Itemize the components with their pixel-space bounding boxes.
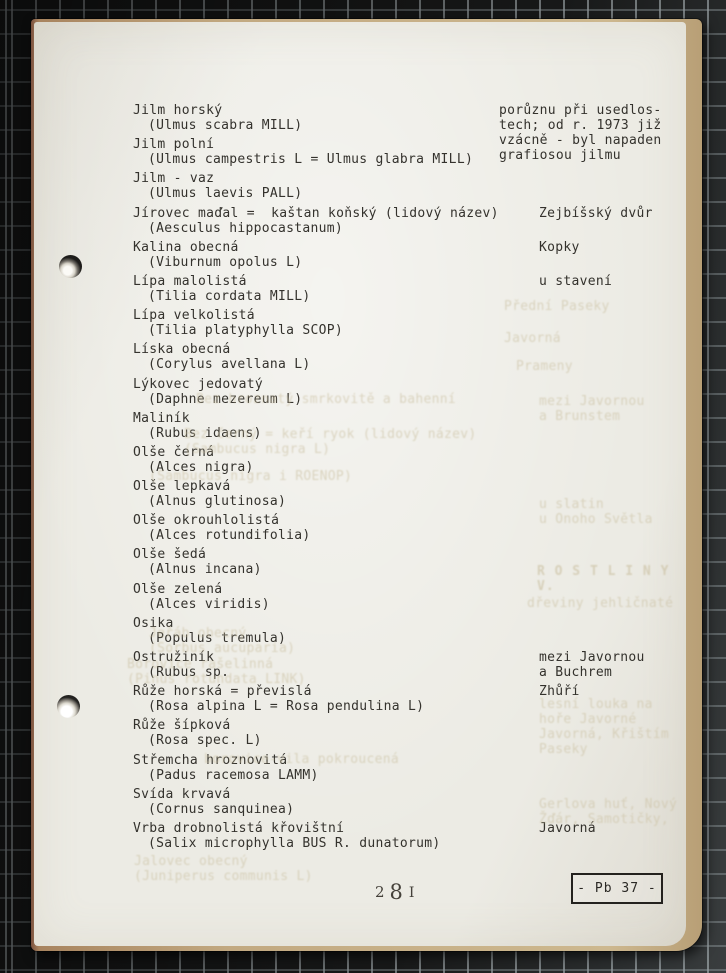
plant-czech-name: Líska obecná [133,342,689,357]
ghost-text: (Sambucus nigra i ROENOP) [149,469,352,484]
ghost-text: Bez černý = keří ryok (lidový název) (Sa… [184,427,477,457]
ghost-text: lesní louka na hoře Javorné [539,697,653,727]
ghost-text: Javorná [504,331,561,346]
plant-entry: Jilm horský (Ulmus scabra MILL) porůznu … [133,103,689,133]
plant-latin-name: (Aesculus hippocastanum) [133,221,689,236]
ghost-text: u slatin u Onoho Světla [539,497,653,527]
ghost-text: Prameny [516,359,573,374]
page-number-digit: 8 [390,880,403,904]
location-note: u stavení [539,274,704,289]
page-number: 28I [375,880,414,904]
ghost-text: Bez hroznatý smrkovitě a bahenní [196,392,456,407]
plant-latin-name: (Alces rotundifolia) [133,528,689,543]
ghost-text: Jalovec obecný (Juniperus communis L) [134,854,313,884]
ghost-text: dřeviny jehličnaté [527,596,673,611]
location-note: Zejbíšský dvůr [539,206,704,221]
plant-latin-name: (Corylus avellana L) [133,357,689,372]
plant-latin-name: (Salix microphylla BUS R. dunatorum) [133,836,689,851]
plant-latin-name: (Tilia platyphylla SCOP) [133,323,689,338]
plant-latin-name: (Ulmus laevis PALL) [133,186,689,201]
ghost-text: mezi Javornou a Brunstem [539,394,645,424]
plant-czech-name: Olše šedá [133,547,689,562]
page-number-digit: 2 [375,883,385,901]
location-note: mezi Javornou a Buchrem [539,650,704,680]
ghost-text: Přední Paseky [504,299,610,314]
archive-stamp: - Pb 37 - [571,873,663,904]
plant-latin-name: (Ulmus campestris L = Ulmus glabra MILL) [133,152,689,167]
ghost-text: Jeřáb obecný (Sorbus aucuparia) [149,626,295,656]
location-note: Kopky [539,240,704,255]
page-number-digit: I [409,885,415,901]
ghost-text: Gerlova huť, Nový Žďár, Samotičky, [539,797,677,827]
page-stack-edges: Jilm horský (Ulmus scabra MILL) porůznu … [31,19,702,951]
punch-hole-bottom [57,695,80,718]
ghost-text: Javorná, Křištím Paseky [539,727,669,757]
plant-entry: Kalina obecná (Viburnum opolus L) Kopky [133,240,689,270]
document-page: Jilm horský (Ulmus scabra MILL) porůznu … [34,22,686,946]
plant-latin-name: (Viburnum opolus L) [133,255,689,270]
plant-entry: Jilm polní (Ulmus campestris L = Ulmus g… [133,137,689,167]
plant-entry: Jilm - vaz (Ulmus laevis PALL) [133,171,689,201]
ghost-text: borovice-vila pokroucená [204,752,399,767]
plant-entry: Jírovec maďal = kaštan koňský (lidový ná… [133,206,689,236]
plant-latin-name: (Padus racemosa LAMM) [133,768,689,783]
ghost-text: Borovice rašelinná (Pinus rotundata LINK… [127,657,306,687]
plant-czech-name: Jilm - vaz [133,171,689,186]
checkered-mat-background: Jilm horský (Ulmus scabra MILL) porůznu … [0,0,726,973]
plant-czech-name: Jilm polní [133,137,689,152]
plant-entry: Líska obecná (Corylus avellana L) [133,342,689,372]
punch-hole-top [59,255,82,278]
plant-czech-name: Lýkovec jedovatý [133,377,689,392]
ghost-text: R O S T L I N Y V. [537,564,686,594]
